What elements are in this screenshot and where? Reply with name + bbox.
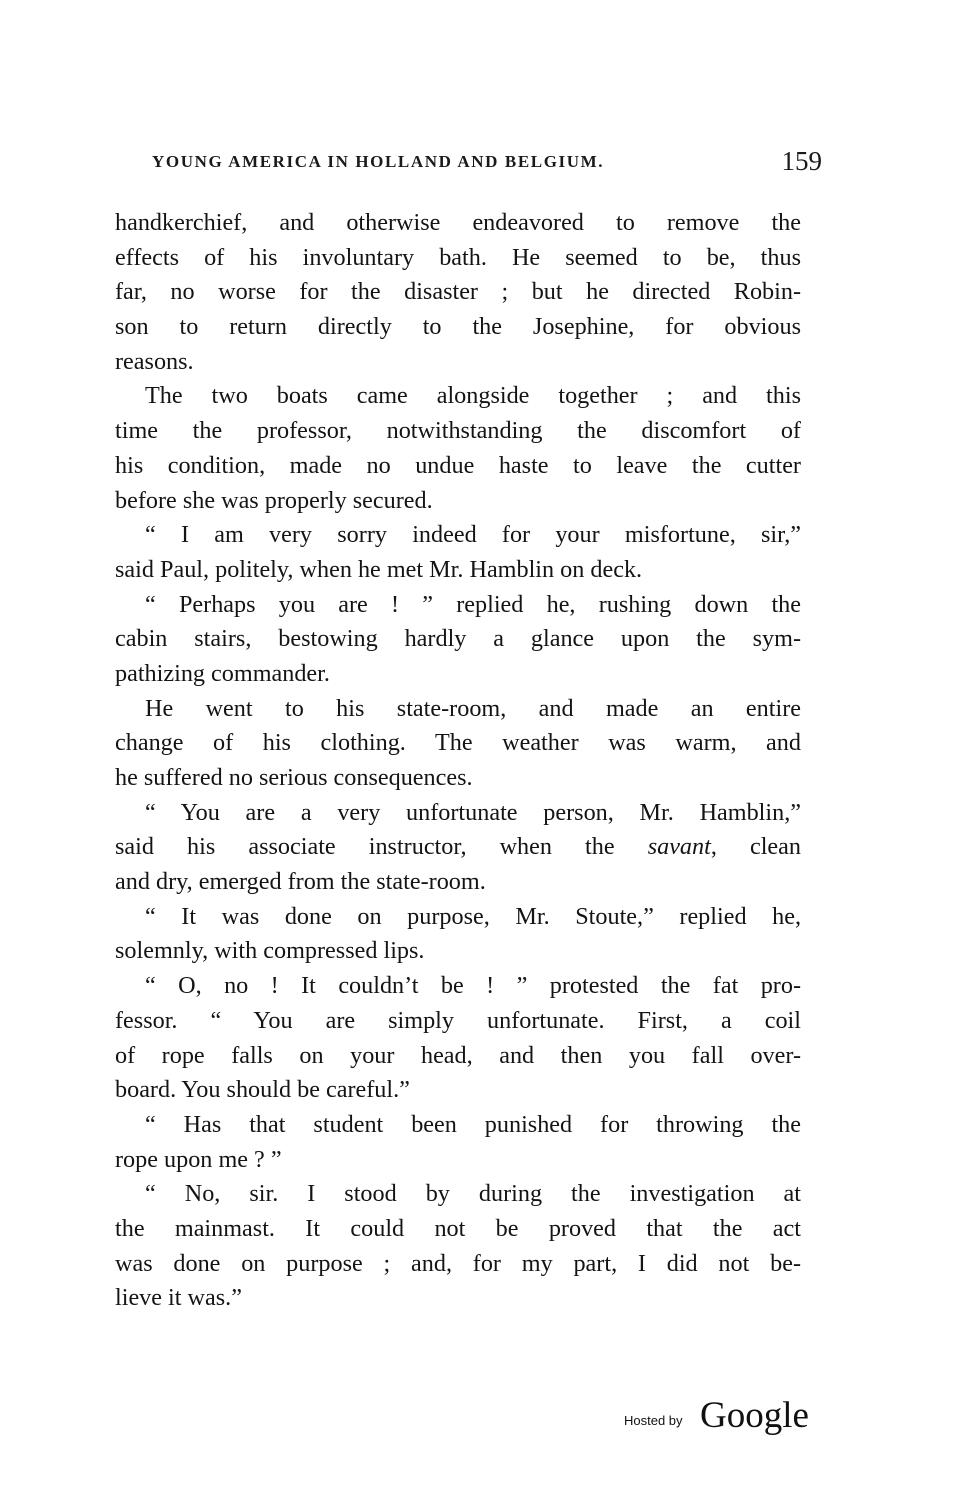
book-page: YOUNG AMERICA IN HOLLAND AND BELGIUM. 15…	[0, 0, 972, 1512]
text-line: son to return directly to the Josephine,…	[115, 310, 801, 345]
text-line: far, no worse for the disaster ; but he …	[115, 275, 801, 310]
text-line: he suffered no serious consequences.	[115, 761, 801, 796]
text-line: said his associate instructor, when the …	[115, 830, 801, 865]
text-line: lieve it was.”	[115, 1281, 801, 1316]
text-line: before she was properly secured.	[115, 484, 801, 519]
text-line: “ No, sir. I stood by during the investi…	[115, 1177, 801, 1212]
text-line: solemnly, with compressed lips.	[115, 934, 801, 969]
text-segment: , clean	[711, 833, 801, 860]
text-segment: said his associate instructor, when the	[115, 833, 648, 860]
text-line: cabin stairs, bestowing hardly a glance …	[115, 622, 801, 657]
text-line: effects of his involuntary bath. He seem…	[115, 241, 801, 276]
text-line: He went to his state-room, and made an e…	[115, 692, 801, 727]
text-line: “ It was done on purpose, Mr. Stoute,” r…	[115, 900, 801, 935]
text-line: rope upon me ? ”	[115, 1143, 801, 1178]
text-line: “ Has that student been punished for thr…	[115, 1108, 801, 1143]
running-title: YOUNG AMERICA IN HOLLAND AND BELGIUM.	[152, 152, 604, 172]
text-line: the mainmast. It could not be proved tha…	[115, 1212, 801, 1247]
text-line: handkerchief, and otherwise endeavored t…	[115, 206, 801, 241]
text-line: “ Perhaps you are ! ” replied he, rushin…	[115, 588, 801, 623]
text-line: “ O, no ! It couldn’t be ! ” protested t…	[115, 969, 801, 1004]
text-line: “ I am very sorry indeed for your misfor…	[115, 518, 801, 553]
hosted-by-label: Hosted by	[624, 1413, 683, 1428]
text-line: change of his clothing. The weather was …	[115, 726, 801, 761]
page-header: YOUNG AMERICA IN HOLLAND AND BELGIUM. 15…	[152, 150, 822, 180]
text-line: of rope falls on your head, and then you…	[115, 1039, 801, 1074]
google-logo: Google	[700, 1394, 809, 1437]
text-line: was done on purpose ; and, for my part, …	[115, 1247, 801, 1282]
text-line: pathizing commander.	[115, 657, 801, 692]
hosted-by-google-watermark: Hosted by Google	[624, 1396, 824, 1436]
text-line: said Paul, politely, when he met Mr. Ham…	[115, 553, 801, 588]
body-text: handkerchief, and otherwise endeavored t…	[115, 206, 801, 1316]
text-line: reasons.	[115, 345, 801, 380]
page-number: 159	[782, 146, 823, 177]
text-line: fessor. “ You are simply unfortunate. Fi…	[115, 1004, 801, 1039]
text-line: and dry, emerged from the state-room.	[115, 865, 801, 900]
text-line: “ You are a very unfortunate person, Mr.…	[115, 796, 801, 831]
text-line: his condition, made no undue haste to le…	[115, 449, 801, 484]
text-line: board. You should be careful.”	[115, 1073, 801, 1108]
text-line: time the professor, notwithstanding the …	[115, 414, 801, 449]
text-line: The two boats came alongside together ; …	[115, 379, 801, 414]
italic-word: savant	[648, 833, 711, 860]
